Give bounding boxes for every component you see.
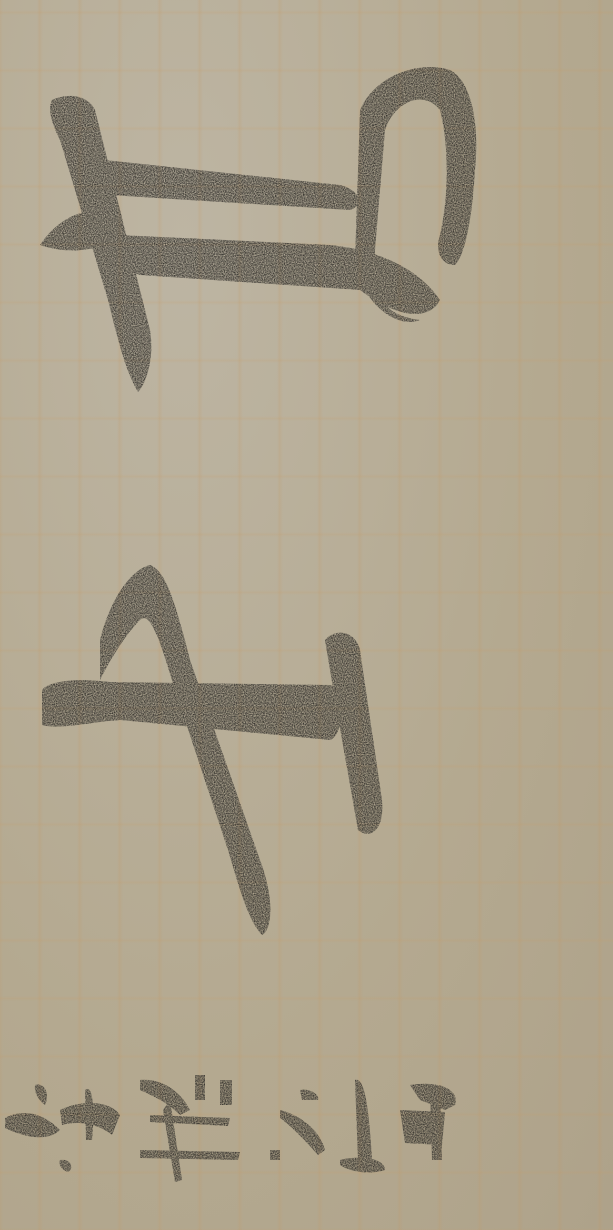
calligraphy-scroll [0,0,613,1230]
ink-strokes [0,0,613,1230]
character-middle [42,565,382,935]
inscription-row [5,1075,456,1182]
character-top [40,67,476,392]
